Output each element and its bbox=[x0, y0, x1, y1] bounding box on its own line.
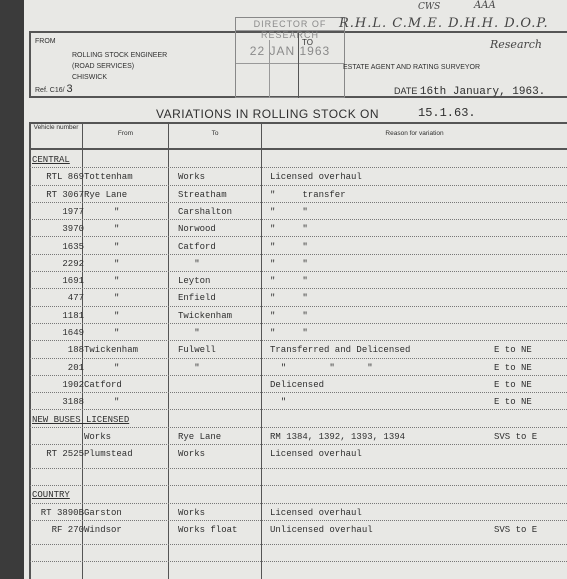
table-row bbox=[30, 469, 567, 486]
vehicle-number: 1649 bbox=[62, 328, 84, 338]
page-title: VARIATIONS IN ROLLING STOCK ON bbox=[156, 107, 379, 121]
table-row: RTL 869TottenhamWorksLicensed overhaul bbox=[30, 168, 567, 185]
column-header-reason: Reason for variation bbox=[262, 130, 567, 138]
from-address: ROLLING STOCK ENGINEER (ROAD SERVICES) C… bbox=[72, 50, 167, 83]
from-depot: " bbox=[114, 276, 119, 286]
reason: " " bbox=[270, 276, 308, 286]
ref-label: Ref. C16/ bbox=[35, 87, 65, 94]
to-divider bbox=[298, 33, 299, 98]
section-row: NEW BUSES LICENSED bbox=[30, 411, 567, 428]
table-row: RT 2525PlumsteadWorksLicensed overhaul bbox=[30, 445, 567, 469]
to-recipient: ESTATE AGENT AND RATING SURVEYOR bbox=[343, 64, 480, 71]
date-value: 16th January, 1963. bbox=[420, 86, 545, 98]
table-row: 201" " " " "E to NE bbox=[30, 359, 567, 376]
from-depot: Tottenham bbox=[84, 172, 133, 182]
vehicle-number: RT 3890B bbox=[41, 508, 84, 518]
stamp-date: 22 JAN 1963 bbox=[236, 44, 344, 58]
reason: RM 1384, 1392, 1393, 1394 bbox=[270, 432, 405, 442]
from-depot: Twickenham bbox=[84, 345, 138, 355]
header-divider bbox=[29, 148, 567, 150]
section-row: CENTRAL bbox=[30, 151, 567, 168]
vehicle-number: 3188 bbox=[62, 397, 84, 407]
table-row: RT 3890BGarstonWorksLicensed overhaul bbox=[30, 504, 567, 521]
section-row: COUNTRY bbox=[30, 486, 567, 503]
from-depot: Rye Lane bbox=[84, 190, 127, 200]
vehicle-number: 1691 bbox=[62, 276, 84, 286]
vehicle-number: RT 3067 bbox=[46, 190, 84, 200]
vehicle-number: RF 270 bbox=[52, 525, 84, 535]
transfer-code: E to NE bbox=[494, 397, 532, 407]
table-row: 1635"Catford" " bbox=[30, 238, 567, 255]
reason: " " bbox=[270, 224, 308, 234]
table-row: 1181"Twickenham" " bbox=[30, 307, 567, 324]
section-label: CENTRAL bbox=[32, 155, 70, 165]
from-depot: " bbox=[114, 328, 119, 338]
vehicle-number: 1902 bbox=[62, 380, 84, 390]
column-header-from: From bbox=[83, 130, 168, 138]
table-row: 2292" "" " bbox=[30, 255, 567, 272]
from-depot: Garston bbox=[84, 508, 122, 518]
from-depot: Catford bbox=[84, 380, 122, 390]
to-depot: Enfield bbox=[178, 293, 216, 303]
to-depot: Leyton bbox=[178, 276, 210, 286]
table-row: RF 270WindsorWorks floatUnlicensed overh… bbox=[30, 521, 567, 545]
table-row: 1902CatfordDelicensedE to NE bbox=[30, 376, 567, 393]
to-depot: Works bbox=[178, 449, 205, 459]
date-label: DATE bbox=[394, 86, 417, 96]
table-row: 1649" "" " bbox=[30, 324, 567, 341]
vehicle-number: 477 bbox=[68, 293, 84, 303]
transfer-code: SVS to E bbox=[494, 525, 537, 535]
from-depot: Windsor bbox=[84, 525, 122, 535]
from-depot: " bbox=[114, 293, 119, 303]
column-header-to: To bbox=[169, 130, 261, 138]
from-depot: " bbox=[114, 242, 119, 252]
table-row: WorksRye LaneRM 1384, 1392, 1393, 1394SV… bbox=[30, 428, 567, 445]
reason: Licensed overhaul bbox=[270, 508, 362, 518]
handwritten-note: Research bbox=[490, 38, 542, 51]
reason: " " bbox=[270, 328, 308, 338]
reason: " " bbox=[270, 259, 308, 269]
reason: " " bbox=[270, 242, 308, 252]
table-row: 477"Enfield" " bbox=[30, 289, 567, 306]
vehicle-number: 1635 bbox=[62, 242, 84, 252]
from-depot: " bbox=[114, 363, 119, 373]
reason: " " bbox=[270, 293, 308, 303]
to-depot: Rye Lane bbox=[178, 432, 221, 442]
table-row: RT 3067Rye LaneStreatham" transfer bbox=[30, 186, 567, 203]
vehicle-number: 1181 bbox=[62, 311, 84, 321]
table-row: 188TwickenhamFulwellTransferred and Deli… bbox=[30, 341, 567, 358]
from-depot: Works bbox=[84, 432, 111, 442]
to-depot: Twickenham bbox=[178, 311, 232, 321]
reason: " transfer bbox=[270, 190, 346, 200]
table-row: 3188" "E to NE bbox=[30, 393, 567, 410]
reason: " " " bbox=[270, 363, 373, 373]
ref-number: 3 bbox=[67, 83, 73, 95]
reason: Licensed overhaul bbox=[270, 449, 362, 459]
scan-edge bbox=[0, 0, 24, 579]
from-depot: " bbox=[114, 224, 119, 234]
received-stamp: DIRECTOR OF RESEARCH 22 JAN 1963 bbox=[235, 17, 345, 98]
to-depot: Works bbox=[178, 172, 205, 182]
to-depot: " bbox=[178, 328, 200, 338]
to-depot: Works float bbox=[178, 525, 237, 535]
from-line: CHISWICK bbox=[72, 72, 167, 83]
stamp-divider bbox=[269, 40, 270, 98]
section-label: NEW BUSES LICENSED bbox=[32, 415, 129, 425]
from-depot: " bbox=[114, 397, 119, 407]
vehicle-number: RTL 869 bbox=[46, 172, 84, 182]
vehicle-number: 1977 bbox=[62, 207, 84, 217]
handwritten-initials: AAA bbox=[474, 0, 496, 11]
transfer-code: SVS to E bbox=[494, 432, 537, 442]
stamp-divider bbox=[236, 63, 344, 64]
title-date: 15.1.63. bbox=[418, 106, 476, 120]
reason: Unlicensed overhaul bbox=[270, 525, 373, 535]
reason: " " bbox=[270, 207, 308, 217]
to-depot: Norwood bbox=[178, 224, 216, 234]
from-line: (ROAD SERVICES) bbox=[72, 61, 167, 72]
to-depot: Streatham bbox=[178, 190, 227, 200]
to-depot: " bbox=[178, 259, 200, 269]
transfer-code: E to NE bbox=[494, 345, 532, 355]
table-row: 1977"Carshalton" " bbox=[30, 203, 567, 220]
from-depot: Plumstead bbox=[84, 449, 133, 459]
to-depot: Fulwell bbox=[178, 345, 216, 355]
vehicle-number: 3970 bbox=[62, 224, 84, 234]
to-depot: Works bbox=[178, 508, 205, 518]
reason: " bbox=[270, 397, 286, 407]
table-row bbox=[30, 545, 567, 562]
section-label: COUNTRY bbox=[32, 490, 70, 500]
transfer-code: E to NE bbox=[494, 363, 532, 373]
reason: " " bbox=[270, 311, 308, 321]
vehicle-number: RT 2525 bbox=[46, 449, 84, 459]
stamp-line2: RESEARCH bbox=[236, 30, 344, 41]
to-depot: Carshalton bbox=[178, 207, 232, 217]
column-header-vehicle: Vehicle number bbox=[31, 124, 81, 132]
reason: Delicensed bbox=[270, 380, 324, 390]
transfer-code: E to NE bbox=[494, 380, 532, 390]
from-depot: " bbox=[114, 259, 119, 269]
vehicle-number: 188 bbox=[68, 345, 84, 355]
vehicle-number: 2292 bbox=[62, 259, 84, 269]
to-depot: " bbox=[178, 363, 200, 373]
handwritten-initials: CWS bbox=[418, 2, 440, 12]
reference: Ref. C16/ 3 bbox=[35, 83, 73, 95]
reason: Transferred and Delicensed bbox=[270, 345, 410, 355]
to-label: TO bbox=[302, 38, 313, 47]
vehicle-number: 201 bbox=[68, 363, 84, 373]
handwritten-routing: R.H.L. C.M.E. D.H.H. D.O.P. bbox=[339, 16, 549, 31]
from-depot: " bbox=[114, 311, 119, 321]
reason: Licensed overhaul bbox=[270, 172, 362, 182]
to-depot: Catford bbox=[178, 242, 216, 252]
from-label: FROM bbox=[35, 38, 56, 45]
document-date: DATE 16th January, 1963. bbox=[394, 86, 545, 98]
from-line: ROLLING STOCK ENGINEER bbox=[72, 50, 167, 61]
table-row: 1691"Leyton" " bbox=[30, 272, 567, 289]
table-row: 3970"Norwood" " bbox=[30, 220, 567, 237]
from-depot: " bbox=[114, 207, 119, 217]
